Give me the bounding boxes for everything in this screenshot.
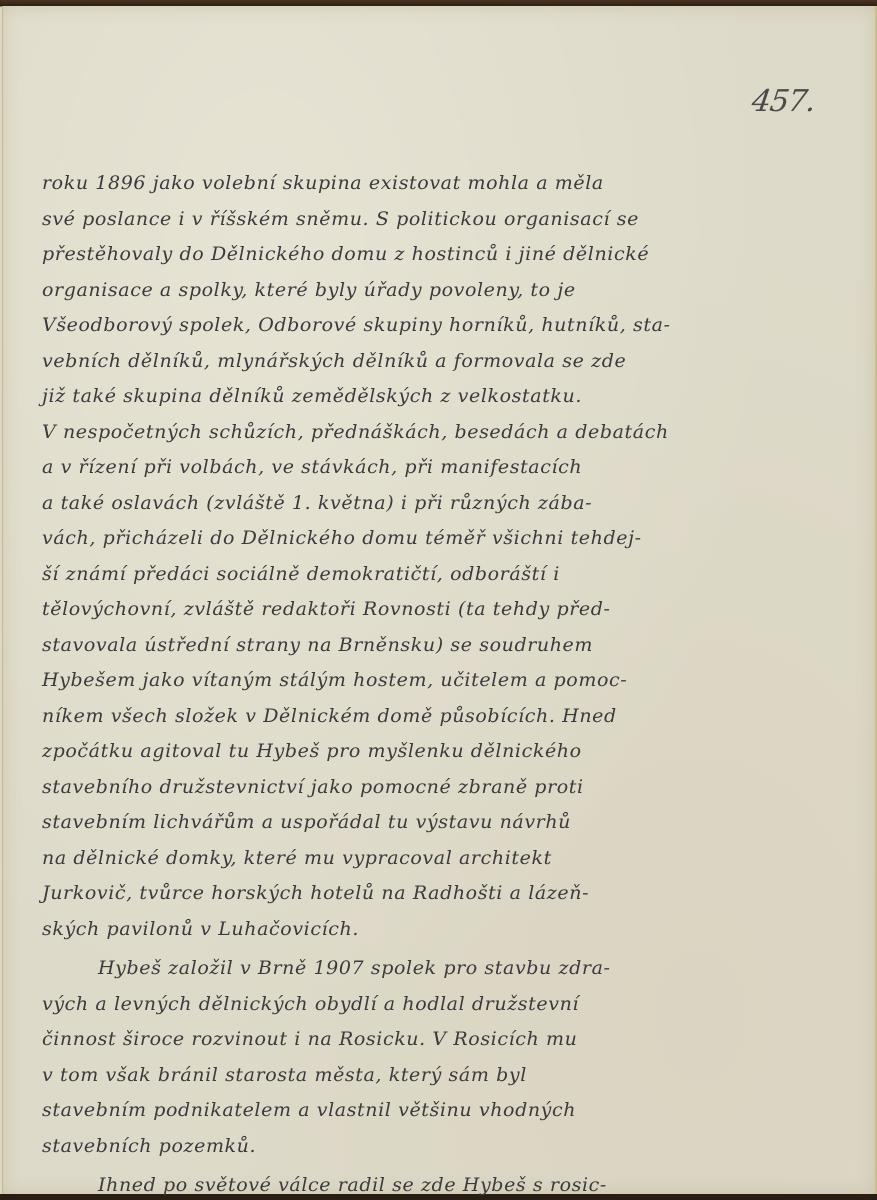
page-number: 457. — [750, 84, 818, 119]
text-line: své poslance i v říšském sněmu. S politi… — [42, 202, 702, 238]
text-line: zpočátku agitoval tu Hybeš pro myšlenku … — [42, 734, 702, 770]
text-line: stavebním lichvářům a uspořádal tu výsta… — [42, 805, 702, 841]
text-line: vebních dělníků, mlynářských dělníků a f… — [42, 344, 702, 380]
text-line: Hybešem jako vítaným stálým hostem, učit… — [42, 663, 702, 699]
text-line: v tom však bránil starosta města, který … — [42, 1058, 702, 1094]
text-line: činnost široce rozvinout i na Rosicku. V… — [42, 1022, 702, 1058]
paragraph-start-line: Hybeš založil v Brně 1907 spolek pro sta… — [42, 951, 702, 987]
text-line: Všeodborový spolek, Odborové skupiny hor… — [42, 308, 702, 344]
text-line: a také oslavách (zvláště 1. května) i př… — [42, 486, 702, 522]
text-line: na dělnické domky, které mu vypracoval a… — [42, 841, 702, 877]
text-line: přestěhovaly do Dělnického domu z hostin… — [42, 237, 702, 273]
text-line: a v řízení při volbách, ve stávkách, při… — [42, 450, 702, 486]
text-line: V nespočetných schůzích, přednáškách, be… — [42, 415, 702, 451]
paragraph-start-line: Ihned po světové válce radil se zde Hybe… — [42, 1168, 702, 1200]
text-line: Jurkovič, tvůrce horských hotelů na Radh… — [42, 876, 702, 912]
text-line: stavovala ústřední strany na Brněnsku) s… — [42, 628, 702, 664]
text-line: stavebních pozemků. — [42, 1129, 702, 1165]
text-line: vách, přicházeli do Dělnického domu témě… — [42, 521, 702, 557]
text-line: stavebním podnikatelem a vlastnil většin… — [42, 1093, 702, 1129]
text-line: vých a levných dělnických obydlí a hodla… — [42, 987, 702, 1023]
text-line: tělovýchovní, zvláště redaktoři Rovnosti… — [42, 592, 702, 628]
text-line: ských pavilonů v Luhačovicích. — [42, 912, 702, 948]
text-line: organisace a spolky, které byly úřady po… — [42, 273, 702, 309]
handwritten-text-body: roku 1896 jako volební skupina existovat… — [42, 166, 702, 1200]
text-line: roku 1896 jako volební skupina existovat… — [42, 166, 702, 202]
text-line: stavebního družstevnictví jako pomocné z… — [42, 770, 702, 806]
text-line: níkem všech složek v Dělnickém domě půso… — [42, 699, 702, 735]
text-line: již také skupina dělníků zemědělských z … — [42, 379, 702, 415]
text-line: ší známí předáci sociálně demokratičtí, … — [42, 557, 702, 593]
